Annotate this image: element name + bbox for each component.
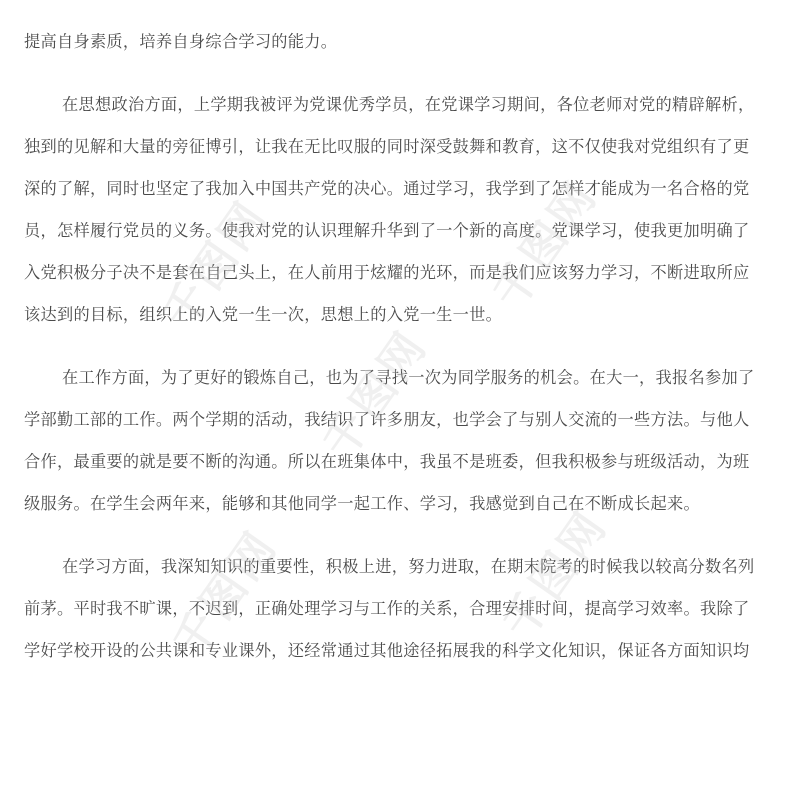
doc-line: 合作，最重要的就是要不断的沟通。所以在班集体中，我虽不是班委，但我积极参与班级活…	[24, 452, 749, 472]
doc-line: 独到的见解和大量的旁征博引，让我在无比叹服的同时深受鼓舞和教育，这不仅使我对党组…	[24, 137, 749, 157]
doc-line: 级服务。在学生会两年来，能够和其他同学一起工作、学习，我感觉到自己在不断成长起来…	[24, 494, 700, 514]
doc-line: 在学习方面，我深知知识的重要性，积极上进，努力进取，在期末院考的时候我以较高分数…	[62, 557, 754, 577]
doc-line: 该达到的目标，组织上的入党一生一次，思想上的入党一生一世。	[24, 305, 502, 325]
doc-line: 员，怎样履行党员的义务。使我对党的认识理解升华到了一个新的高度。党课学习，使我更…	[24, 221, 749, 241]
watermark: 千图网	[304, 315, 439, 470]
doc-line: 深的了解，同时也坚定了我加入中国共产党的决心。通过学习，我学到了怎样才能成为一名…	[24, 179, 749, 199]
doc-line: 入党积极分子决不是套在自己头上，在人前用于炫耀的光环，而是我们应该努力学习，不断…	[24, 263, 749, 283]
doc-line: 学好学校开设的公共课和专业课外，还经常通过其他途径拓展我的科学文化知识，保证各方…	[24, 641, 749, 661]
doc-line: 提高自身素质，培养自身综合学习的能力。	[24, 32, 337, 52]
doc-line: 在工作方面，为了更好的锻炼自己，也为了寻找一次为同学服务的机会。在大一，我报名参…	[62, 368, 754, 388]
doc-line: 前茅。平时我不旷课，不迟到，正确处理学习与工作的关系，合理安排时间，提高学习效率…	[24, 599, 749, 619]
doc-line: 学部勤工部的工作。两个学期的活动，我结识了许多朋友，也学会了与别人交流的一些方法…	[24, 410, 749, 430]
doc-line: 在思想政治方面，上学期我被评为党课优秀学员，在党课学习期间，各位老师对党的精辟解…	[62, 95, 754, 115]
